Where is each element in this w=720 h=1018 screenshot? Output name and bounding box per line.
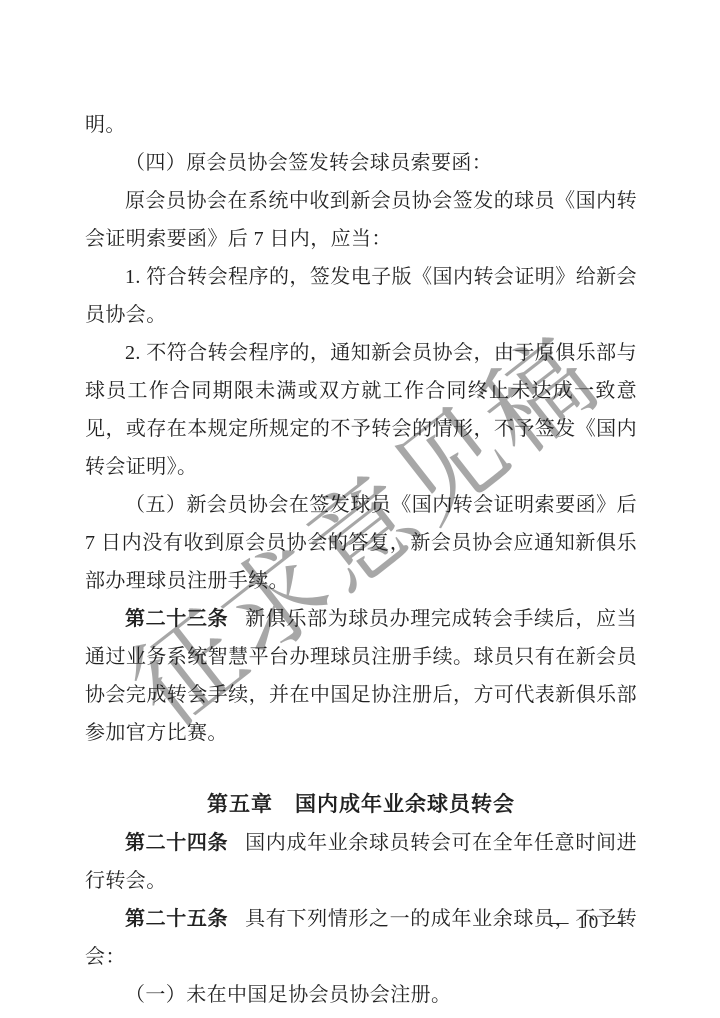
paragraph-article-23: 第二十三条新俱乐部为球员办理完成转会手续后，应当通过业务系统智慧平台办理球员注册… <box>85 600 637 752</box>
paragraph-item-4-body: 原会员协会在系统中收到新会员协会签发的球员《国内转会证明索要函》后 7 日内，应… <box>85 182 637 258</box>
paragraph-item-1: （一）未在中国足协会员协会注册。 <box>85 976 637 1014</box>
page-number: — 10 — <box>550 912 629 934</box>
paragraph-item-4: （四）原会员协会签发转会球员索要函： <box>85 144 637 182</box>
document-page: 征求意见稿 明。 （四）原会员协会签发转会球员索要函： 原会员协会在系统中收到新… <box>0 0 720 1018</box>
article-24-number: 第二十四条 <box>125 832 228 854</box>
article-25-number: 第二十五条 <box>125 908 228 930</box>
article-23-number: 第二十三条 <box>125 608 228 630</box>
document-body: 明。 （四）原会员协会签发转会球员索要函： 原会员协会在系统中收到新会员协会签发… <box>85 106 637 1014</box>
paragraph-item-5: （五）新会员协会在签发球员《国内转会证明索要函》后 7 日内没有收到原会员协会的… <box>85 486 637 600</box>
chapter-5-heading: 第五章 国内成年业余球员转会 <box>85 786 637 824</box>
paragraph-article-24: 第二十四条国内成年业余球员转会可在全年任意时间进行转会。 <box>85 824 637 900</box>
paragraph-subitem-2: 2. 不符合转会程序的，通知新会员协会，由于原俱乐部与球员工作合同期限未满或双方… <box>85 334 637 486</box>
paragraph-continuation: 明。 <box>85 106 637 144</box>
paragraph-subitem-1: 1. 符合转会程序的，签发电子版《国内转会证明》给新会员协会。 <box>85 258 637 334</box>
